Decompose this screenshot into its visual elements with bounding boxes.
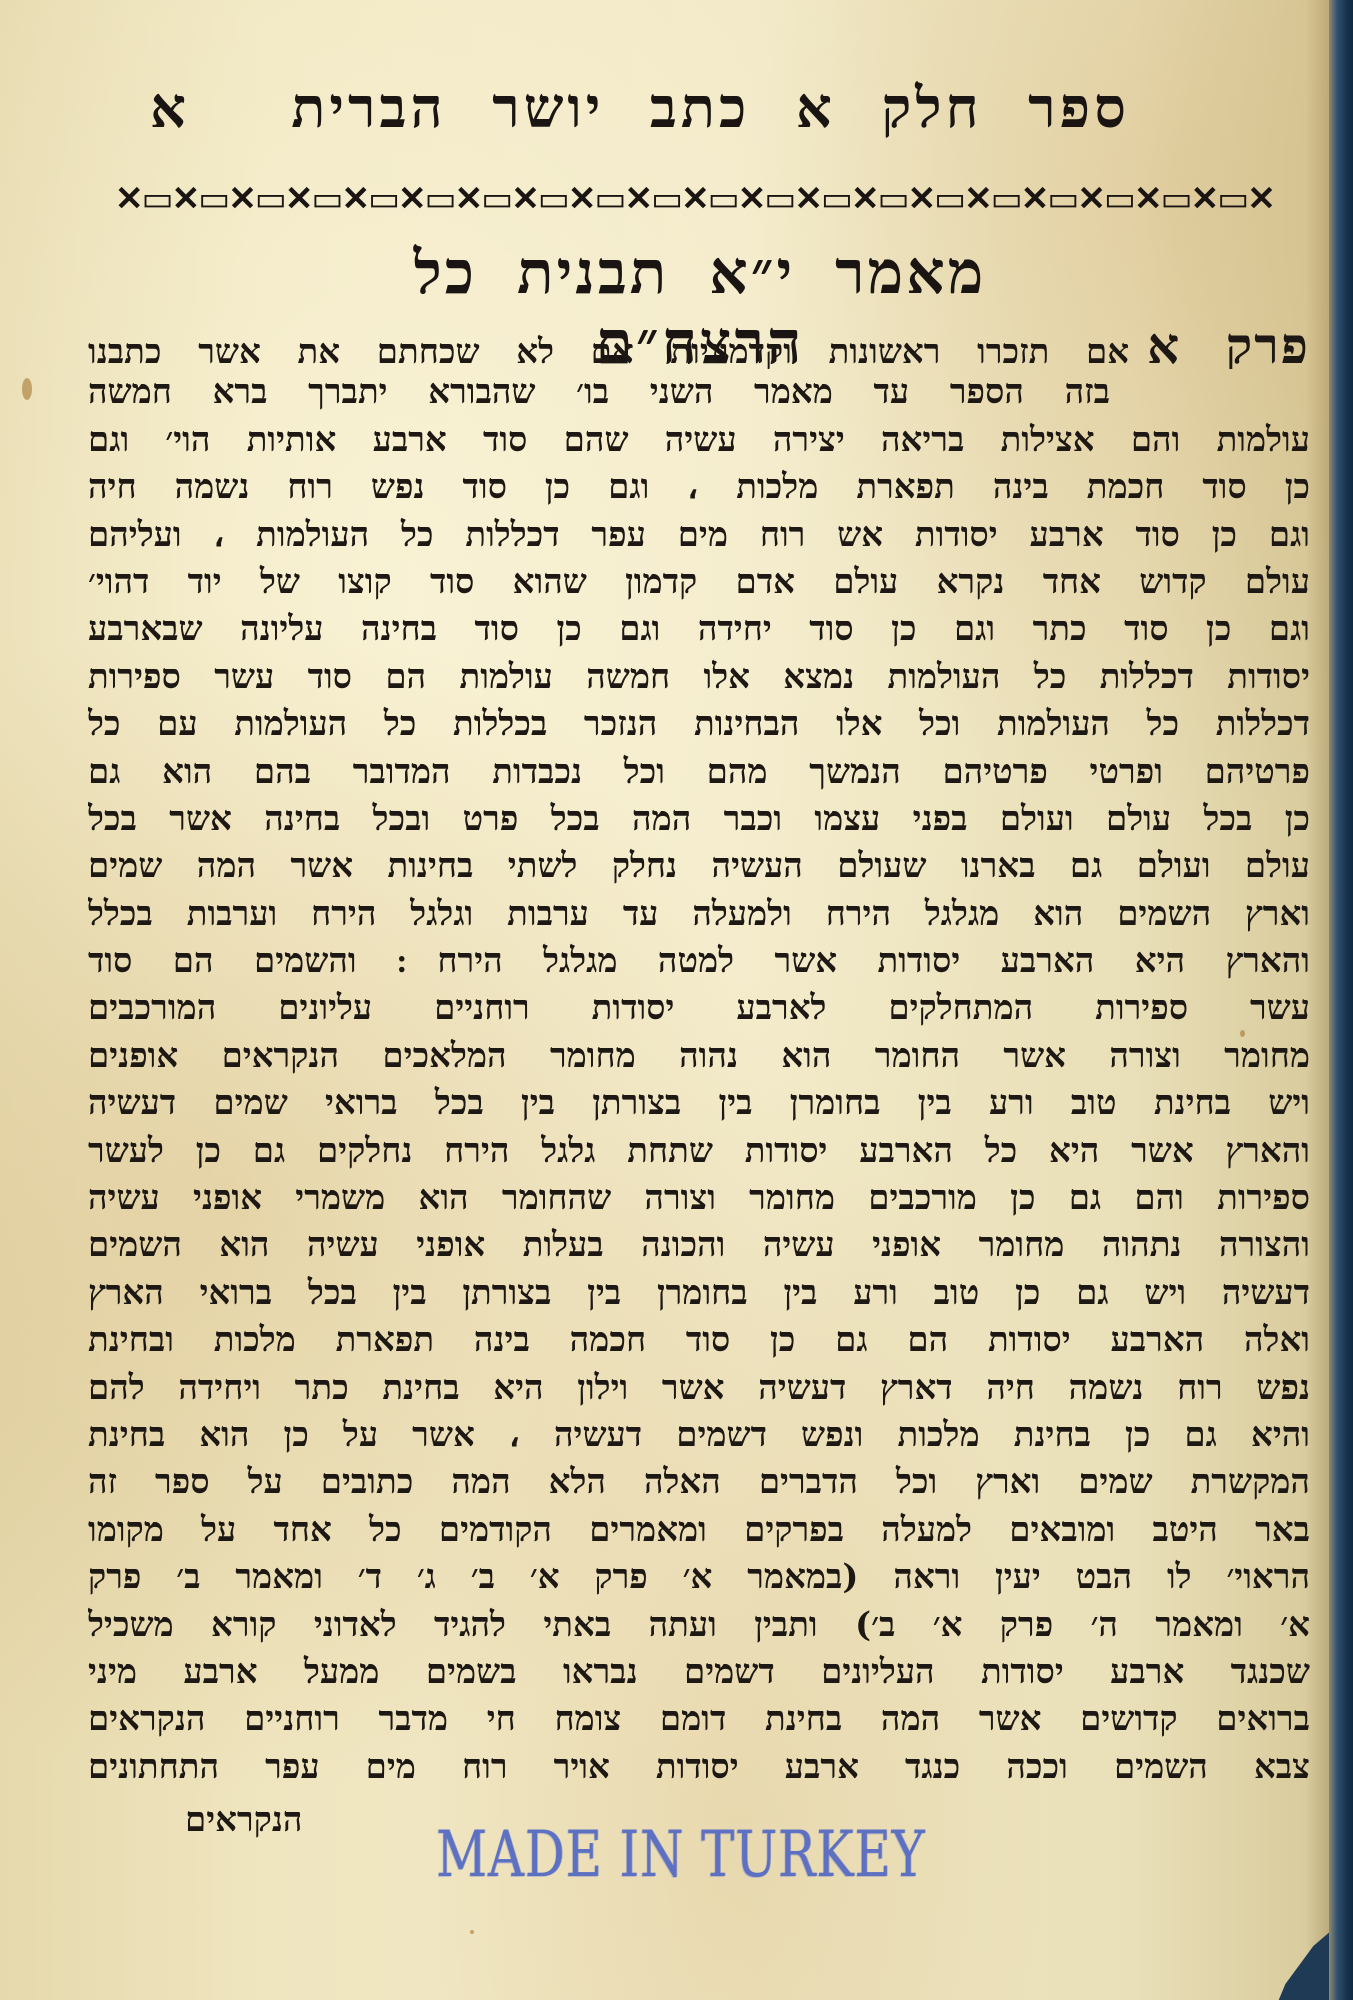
body-text: פרק אאם תזכרו ראשונות וקדמוניות אם לא שכ… [88,322,1310,1791]
text-line-content: א׳ ומאמר ה׳ פרק א׳ ב׳) ותבין ועתה באתי ל… [88,1605,1310,1645]
text-line: ויש בחינת טוב ורע בין בחומרן בין בצורתן … [88,1080,1310,1127]
page-number: א [150,75,186,141]
text-line: והיא גם כן בחינת מלכות ונפש דשמים דעשיה … [88,1412,1310,1459]
text-line: כן בכל עולם ועולם בפני עצמו וכבר המה בכל… [88,796,1310,843]
text-line: מחומר וצורה אשר החומר הוא נהוה מחומר המל… [88,1033,1310,1080]
text-line-content: כן סוד חכמת בינה תפארת מלכות ، וגם כן סו… [88,467,1310,507]
text-line: והארץ אשר היא כל הארבע יסודות שתחת גלגל … [88,1128,1310,1175]
book-spine-edge [1329,0,1353,2000]
catchword: הנקראים [185,1800,302,1840]
running-title: ספר חלק א כתב יושר הברית [291,75,1130,141]
running-header: ספר חלק א כתב יושר הברית א [150,75,1130,165]
text-line-content: וגם כן סוד כתר וגם כן סוד יחידה וגם כן ס… [88,609,1310,649]
text-line-content: וארץ השמים הוא מגלגל הירח ולמעלה עד ערבו… [88,894,1310,934]
text-line: עולמות והם אצילות בריאה יצירה עשיה שהם ס… [88,417,1310,464]
text-line-content: המקשרת שמים וארץ וכל הדברים האלה הלא המה… [88,1462,1310,1502]
text-line-content: פרטיהם ופרטי פרטיהם הנמשך מהם וכל נכבדות… [88,752,1310,792]
text-line: וגם כן סוד ארבע יסודות אש רוח מים עפר דכ… [88,512,1310,559]
text-line: בזה הספר עד מאמר השני בו׳ שהבורא יתברך ב… [88,369,1310,416]
text-line-content: הראוי׳ לו הבט יעין וראה (במאמר א׳ פרק א׳… [88,1557,1310,1597]
text-line-content: נפש רוח נשמה חיה דארץ דעשיה אשר וילון הי… [88,1368,1310,1408]
text-line-content: והארץ אשר היא כל הארבע יסודות שתחת גלגל … [88,1131,1310,1171]
decorative-border-ornament: ✕▭✕▭✕▭✕▭✕▭✕▭✕▭✕▭✕▭✕▭✕▭✕▭✕▭✕▭✕▭✕▭✕▭✕▭✕▭✕▭… [115,178,1305,220]
text-line-content: ספירות והם גם כן מורכבים מחומר וצורה שהח… [88,1178,1310,1218]
text-line-content: אם תזכרו ראשונות וקדמוניות אם לא שכחתם א… [88,332,1129,369]
text-line-content: בזה הספר עד מאמר השני בו׳ שהבורא יתברך ב… [88,372,1110,412]
text-line: הראוי׳ לו הבט יעין וראה (במאמר א׳ פרק א׳… [88,1554,1310,1601]
text-line-content: וגם כן סוד ארבע יסודות אש רוח מים עפר דכ… [88,515,1310,555]
text-line: עולם ועולם גם בארנו שעולם העשיה נחלק לשת… [88,843,1310,890]
text-line-content: עולם קדוש אחד נקרא עולם אדם קדמון שהוא ס… [88,562,1310,602]
text-line-content: ויש בחינת טוב ורע בין בחומרן בין בצורתן … [88,1083,1310,1123]
text-line-content: עשר ספירות המתחלקים לארבע יסודות רוחניים… [88,988,1310,1028]
text-line: ספירות והם גם כן מורכבים מחומר וצורה שהח… [88,1175,1310,1222]
text-line: דכללות כל העולמות וכל אלו הבחינות הנזכר … [88,701,1310,748]
text-line: עולם קדוש אחד נקרא עולם אדם קדמון שהוא ס… [88,559,1310,606]
text-line-content: דכללות כל העולמות וכל אלו הבחינות הנזכר … [88,704,1310,744]
text-line: א׳ ומאמר ה׳ פרק א׳ ב׳) ותבין ועתה באתי ל… [88,1602,1310,1649]
text-line: ואלה הארבע יסודות הם גם כן סוד חכמה בינה… [88,1317,1310,1364]
text-line: באר היטב ומובאים למעלה בפרקים ומאמרים הק… [88,1507,1310,1554]
text-line: יסודות דכללות כל העולמות נמצא אלו חמשה ע… [88,654,1310,701]
text-line-content: והצורה נתהוה מחומר אופני עשיה והכונה בעל… [88,1225,1310,1265]
text-line-content: ברואים קדושים אשר המה בחינת דומם צומח חי… [88,1699,1310,1739]
text-line-content: עולם ועולם גם בארנו שעולם העשיה נחלק לשת… [88,846,1310,886]
text-line-content: צבא השמים וככה כנגד ארבע יסודות אויר רוח… [88,1747,1310,1787]
text-line: והארץ היא הארבע יסודות אשר למטה מגלגל הי… [88,938,1310,985]
text-line: ברואים קדושים אשר המה בחינת דומם צומח חי… [88,1696,1310,1743]
text-line-content: יסודות דכללות כל העולמות נמצא אלו חמשה ע… [88,657,1310,697]
text-line: המקשרת שמים וארץ וכל הדברים האלה הלא המה… [88,1459,1310,1506]
text-line-content: עולמות והם אצילות בריאה יצירה עשיה שהם ס… [88,420,1310,460]
text-line: עשר ספירות המתחלקים לארבע יסודות רוחניים… [88,985,1310,1032]
text-line: נפש רוח נשמה חיה דארץ דעשיה אשר וילון הי… [88,1365,1310,1412]
text-line-content: שכנגד ארבע יסודות העליונים דשמים נבראו ב… [88,1652,1310,1692]
text-line: שכנגד ארבע יסודות העליונים דשמים נבראו ב… [88,1649,1310,1696]
text-line-content: באר היטב ומובאים למעלה בפרקים ומאמרים הק… [88,1510,1310,1550]
text-line: והצורה נתהוה מחומר אופני עשיה והכונה בעל… [88,1222,1310,1269]
text-line: וארץ השמים הוא מגלגל הירח ולמעלה עד ערבו… [88,891,1310,938]
text-line-content: ואלה הארבע יסודות הם גם כן סוד חכמה בינה… [88,1320,1310,1360]
text-line-content: כן בכל עולם ועולם בפני עצמו וכבר המה בכל… [88,799,1310,839]
text-line-content: מחומר וצורה אשר החומר הוא נהוה מחומר המל… [88,1036,1310,1076]
text-line: כן סוד חכמת בינה תפארת מלכות ، וגם כן סו… [88,464,1310,511]
text-line: צבא השמים וככה כנגד ארבע יסודות אויר רוח… [88,1744,1310,1791]
text-line-content: והארץ היא הארבע יסודות אשר למטה מגלגל הי… [88,941,1310,981]
text-line: וגם כן סוד כתר וגם כן סוד יחידה וגם כן ס… [88,606,1310,653]
ornament-pattern: ✕▭✕▭✕▭✕▭✕▭✕▭✕▭✕▭✕▭✕▭✕▭✕▭✕▭✕▭✕▭✕▭✕▭✕▭✕▭✕▭… [115,179,1274,219]
text-line-content: והיא גם כן בחינת מלכות ונפש דשמים דעשיה … [88,1415,1310,1455]
text-line: פרטיהם ופרטי פרטיהם הנמשך מהם וכל נכבדות… [88,749,1310,796]
made-in-turkey-stamp: MADE IN TURKEY [436,1818,925,1892]
book-page: ספר חלק א כתב יושר הברית א ✕▭✕▭✕▭✕▭✕▭✕▭✕… [0,0,1332,2000]
foxing-stain [470,1930,474,1934]
section-label: פרק א [1147,322,1310,369]
foxing-stain [22,378,32,400]
text-line-content: דעשיה ויש גם כן טוב ורע בין בחומרן בין ב… [88,1273,1310,1313]
text-line: פרק אאם תזכרו ראשונות וקדמוניות אם לא שכ… [88,322,1310,369]
text-line: דעשיה ויש גם כן טוב ורע בין בחומרן בין ב… [88,1270,1310,1317]
